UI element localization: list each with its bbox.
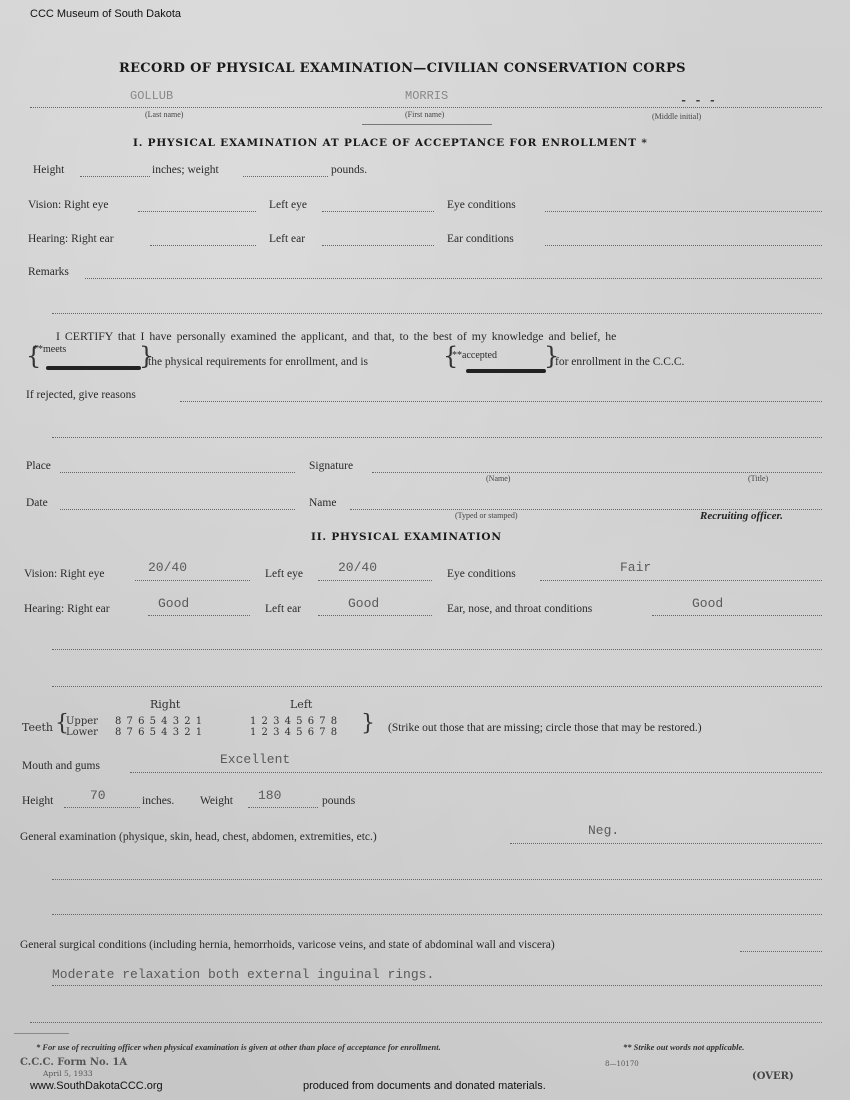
place-label: Place [26, 460, 51, 472]
ent-field[interactable] [652, 615, 822, 616]
does-not-meet-struck [46, 366, 141, 370]
hearing-right-value: Good [158, 596, 189, 611]
exam-notes-line-2[interactable] [52, 686, 822, 687]
remarks-label: Remarks [28, 266, 69, 278]
footnote-1: * For use of recruiting officer when phy… [36, 1042, 441, 1052]
height-label: Height [33, 164, 64, 176]
general-exam-value: Neg. [588, 823, 619, 838]
teeth-brace-right: } [361, 713, 375, 735]
date-label: Date [26, 497, 48, 509]
meets-option: **meets [33, 344, 66, 355]
vision-left-field[interactable] [322, 211, 434, 212]
teeth-left-caption: Left [290, 699, 312, 710]
inches-weight-label: inches; weight [152, 164, 219, 176]
accepted-option: **accepted [452, 350, 497, 361]
place-field[interactable] [60, 472, 295, 473]
general-exam-label: General examination (physique, skin, hea… [20, 831, 377, 843]
recruiting-officer-caption: Recruiting officer. [700, 510, 783, 522]
eye-conditions-label-2: Eye conditions [447, 568, 516, 580]
name-label: Name [309, 497, 336, 509]
teeth-lower-label: Lower [66, 727, 98, 738]
requirements-text: the physical requirements for enrollment… [148, 356, 368, 368]
vision-right-label: Vision: Right eye [28, 199, 108, 211]
eye-conditions-label: Eye conditions [447, 199, 516, 211]
title-caption: (Title) [748, 474, 768, 483]
form-date: April 5, 1933 [43, 1069, 93, 1078]
surgical-conditions-field[interactable] [740, 951, 822, 952]
vision-left-label-2: Left eye [265, 568, 303, 580]
enrollment-text: for enrollment in the C.C.C. [555, 356, 684, 368]
mouth-gums-value: Excellent [220, 752, 290, 767]
middle-initial-caption: (Middle initial) [652, 112, 701, 121]
rejected-label: If rejected, give reasons [26, 389, 136, 401]
hearing-right-label-2: Hearing: Right ear [24, 603, 110, 615]
vision-right-field[interactable] [138, 211, 256, 212]
teeth-upper-label: Upper [66, 716, 98, 727]
general-exam-line-2[interactable] [52, 879, 822, 880]
teeth-upper-right[interactable]: 8 7 6 5 4 3 2 1 [115, 716, 203, 727]
first-name-value: MORRIS [405, 89, 448, 103]
last-name-caption: (Last name) [145, 110, 183, 119]
museum-watermark: CCC Museum of South Dakota [30, 8, 181, 20]
footnote-rule [14, 1033, 69, 1034]
weight-field-2[interactable] [248, 807, 318, 808]
height-value: 70 [90, 788, 106, 803]
hearing-right-field[interactable] [150, 245, 256, 246]
print-code: 8—10170 [605, 1060, 639, 1068]
mouth-gums-field[interactable] [130, 772, 822, 773]
weight-value: 180 [258, 788, 281, 803]
hearing-left-field[interactable] [322, 245, 434, 246]
surgical-conditions-value: Moderate relaxation both external inguin… [52, 967, 434, 982]
hearing-left-field-2[interactable] [318, 615, 432, 616]
teeth-lower-left[interactable]: 1 2 3 4 5 6 7 8 [250, 727, 338, 738]
surgical-line-1[interactable] [52, 985, 822, 986]
vision-right-value: 20/40 [148, 560, 187, 575]
surgical-line-2[interactable] [30, 1022, 822, 1023]
first-name-caption: (First name) [405, 110, 444, 119]
hearing-right-field-2[interactable] [148, 615, 250, 616]
typed-caption: (Typed or stamped) [455, 511, 518, 520]
hearing-right-label: Hearing: Right ear [28, 233, 114, 245]
pounds-label: pounds. [331, 164, 367, 176]
weight-label-2: Weight [200, 795, 233, 807]
form-title: RECORD OF PHYSICAL EXAMINATION—CIVILIAN … [119, 61, 686, 76]
teeth-lower-right[interactable]: 8 7 6 5 4 3 2 1 [115, 727, 203, 738]
height-field[interactable] [80, 176, 150, 177]
ent-label: Ear, nose, and throat conditions [447, 603, 592, 615]
height-label-2: Height [22, 795, 53, 807]
website-watermark: www.SouthDakotaCCC.org [30, 1080, 163, 1092]
teeth-upper-left[interactable]: 1 2 3 4 5 6 7 8 [250, 716, 338, 727]
vision-left-label: Left eye [269, 199, 307, 211]
general-exam-line-3[interactable] [52, 914, 822, 915]
vision-left-field-2[interactable] [318, 580, 432, 581]
ear-conditions-field[interactable] [545, 245, 822, 246]
general-exam-field[interactable] [510, 843, 822, 844]
signature-label: Signature [309, 460, 353, 472]
ent-value: Good [692, 596, 723, 611]
remarks-field-2[interactable] [52, 313, 822, 314]
source-watermark: produced from documents and donated mate… [303, 1080, 546, 1092]
vision-right-label-2: Vision: Right eye [24, 568, 104, 580]
name-line [30, 107, 822, 108]
signature-field[interactable] [372, 472, 822, 473]
height-field-2[interactable] [64, 807, 140, 808]
teeth-right-caption: Right [150, 699, 180, 710]
eye-conditions-field[interactable] [545, 211, 822, 212]
rejected-reasons-field[interactable] [180, 401, 822, 402]
eye-conditions-value: Fair [620, 560, 651, 575]
vision-left-value: 20/40 [338, 560, 377, 575]
mouth-gums-label: Mouth and gums [22, 760, 100, 772]
not-accepted-struck [466, 369, 546, 373]
section-2-heading: II. PHYSICAL EXAMINATION [311, 531, 502, 543]
eye-conditions-field-2[interactable] [540, 580, 822, 581]
exam-notes-line-1[interactable] [52, 649, 822, 650]
form-number: C.C.C. Form No. 1A [20, 1057, 127, 1068]
remarks-field[interactable] [85, 278, 822, 279]
over-indicator: (OVER) [752, 1071, 794, 1082]
inches-label: inches. [142, 795, 174, 807]
pounds-label-2: pounds [322, 795, 355, 807]
name-caption: (Name) [486, 474, 510, 483]
weight-field[interactable] [243, 176, 328, 177]
section-1-heading: I. PHYSICAL EXAMINATION AT PLACE OF ACCE… [133, 137, 648, 149]
teeth-label: Teeth [22, 722, 53, 733]
ear-conditions-label: Ear conditions [447, 233, 514, 245]
date-field[interactable] [60, 509, 295, 510]
divider [362, 124, 492, 125]
middle-initial-value: - - - [680, 94, 716, 108]
footnote-2: ** Strike out words not applicable. [623, 1042, 744, 1052]
teeth-instruction: (Strike out those that are missing; circ… [388, 722, 702, 734]
vision-right-field-2[interactable] [135, 580, 250, 581]
rejected-reasons-field-2[interactable] [52, 437, 822, 438]
surgical-conditions-label: General surgical conditions (including h… [20, 939, 555, 951]
last-name-value: GOLLUB [130, 89, 173, 103]
hearing-left-value: Good [348, 596, 379, 611]
hearing-left-label-2: Left ear [265, 603, 301, 615]
hearing-left-label: Left ear [269, 233, 305, 245]
